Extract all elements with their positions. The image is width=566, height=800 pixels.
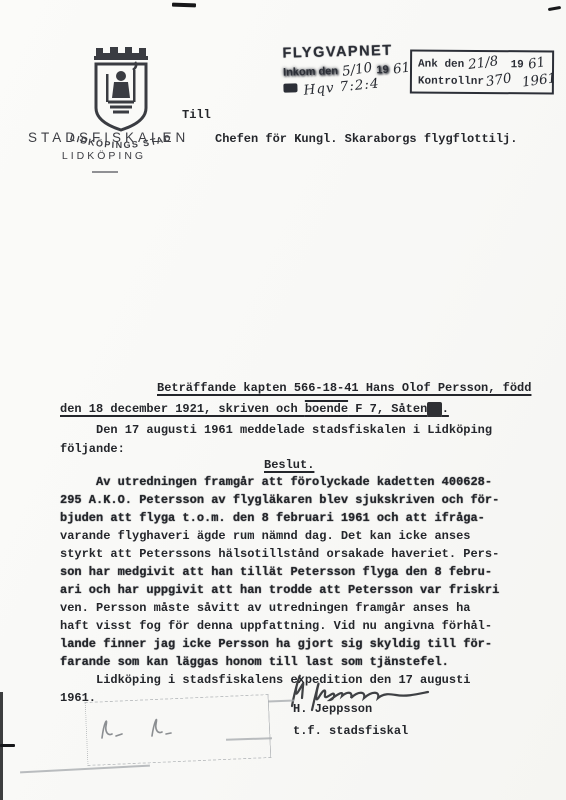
scanned-document-page: LIDKÖPINGS STAD STADSFISKALEN LIDKÖPING … xyxy=(0,0,566,800)
intro-line1: Den 17 augusti 1961 meddelade stadsfiska… xyxy=(60,421,492,439)
flygvapnet-year-print: 19 xyxy=(376,64,389,76)
kontrollnr-handwritten: 370 xyxy=(485,70,513,90)
ank-year-print: 19 xyxy=(511,59,524,71)
heading-line2-part-c: . xyxy=(442,402,449,416)
signature-name-typed: H. Jeppsson xyxy=(293,700,372,718)
body-line: lande finner jag icke Persson ha gjort s… xyxy=(60,635,499,653)
subject-heading-line1: Beträffande kapten 566-18-41 Hans Olof P… xyxy=(157,379,531,397)
signature-title-typed: t.f. stadsfiskal xyxy=(293,722,408,740)
scan-artifact-top-dash xyxy=(172,3,196,8)
heading-line2-smudged-correction: äs xyxy=(427,402,441,416)
heading-line2-boende: boende xyxy=(305,402,348,416)
kontrollnr-label: Kontrollnr xyxy=(418,76,484,88)
body-line: ven. Persson måste såvitt av utredningen… xyxy=(60,599,499,617)
intro-line2: följande: xyxy=(60,440,125,458)
body-line: haft visst fog för denna uppfattning. Vi… xyxy=(60,617,499,635)
arrival-control-stamp: Ank den 21/8 19 61 Kontrollnr 370 1961 xyxy=(410,49,554,94)
ank-year-handwritten: 61 xyxy=(527,54,547,73)
subject-heading-line2: den 18 december 1921, skriven och boende… xyxy=(60,400,449,418)
body-line: son har medgivit att han tillät Petersso… xyxy=(60,563,499,581)
decision-heading: Beslut. xyxy=(264,456,314,474)
faint-dash-mark xyxy=(20,765,150,774)
body-line: Av utredningen framgår att förolyckade k… xyxy=(60,473,499,491)
letterhead-org-name: STADSFISKALEN xyxy=(28,130,180,145)
flygvapnet-received-stamp: FLYGVAPNET Inkom den 5/10 19 61 Hqv 7:2:… xyxy=(282,42,410,96)
flygvapnet-year-handwritten: 61 xyxy=(392,60,411,78)
heading-line2-part-a: den 18 december 1921, skriven och xyxy=(60,402,305,416)
kontrollnr-year-handwritten: 1961 xyxy=(521,70,557,90)
crest-crown xyxy=(96,47,146,56)
body-line: ari och har uppgivit att han trodde att … xyxy=(60,581,499,599)
recipient-line: Chefen för Kungl. Skaraborgs flygflottil… xyxy=(215,130,517,148)
recipient-label: Till xyxy=(182,106,211,124)
body-line: 295 A.K.O. Petersson av flygläkaren blev… xyxy=(60,491,499,509)
body-line: styrkt att Peterssons hälsotillstånd ors… xyxy=(60,545,499,563)
stamp-smudge xyxy=(283,83,297,92)
scan-artifact-bottom-dash xyxy=(0,744,15,747)
letterhead-rule xyxy=(92,171,118,173)
body-line: bjuden att flyga t.o.m. den 8 februari 1… xyxy=(60,509,499,527)
body-line: varande flyghaveri ägde rum nämnd dag. D… xyxy=(60,527,499,545)
ank-label: Ank den xyxy=(418,59,464,71)
flygvapnet-received-label: Inkom den xyxy=(283,65,338,78)
ank-date-handwritten: 21/8 xyxy=(467,53,499,73)
heading-line2-part-b: F 7, Såten xyxy=(348,402,427,416)
letterhead-city: LIDKÖPING xyxy=(28,150,180,162)
faint-pencil-handwriting xyxy=(94,708,214,748)
scan-artifact-top-right-mark xyxy=(548,6,561,11)
flygvapnet-stamp-title: FLYGVAPNET xyxy=(282,42,409,61)
flygvapnet-ref-handwritten: Hqv 7:2:4 xyxy=(303,76,380,99)
